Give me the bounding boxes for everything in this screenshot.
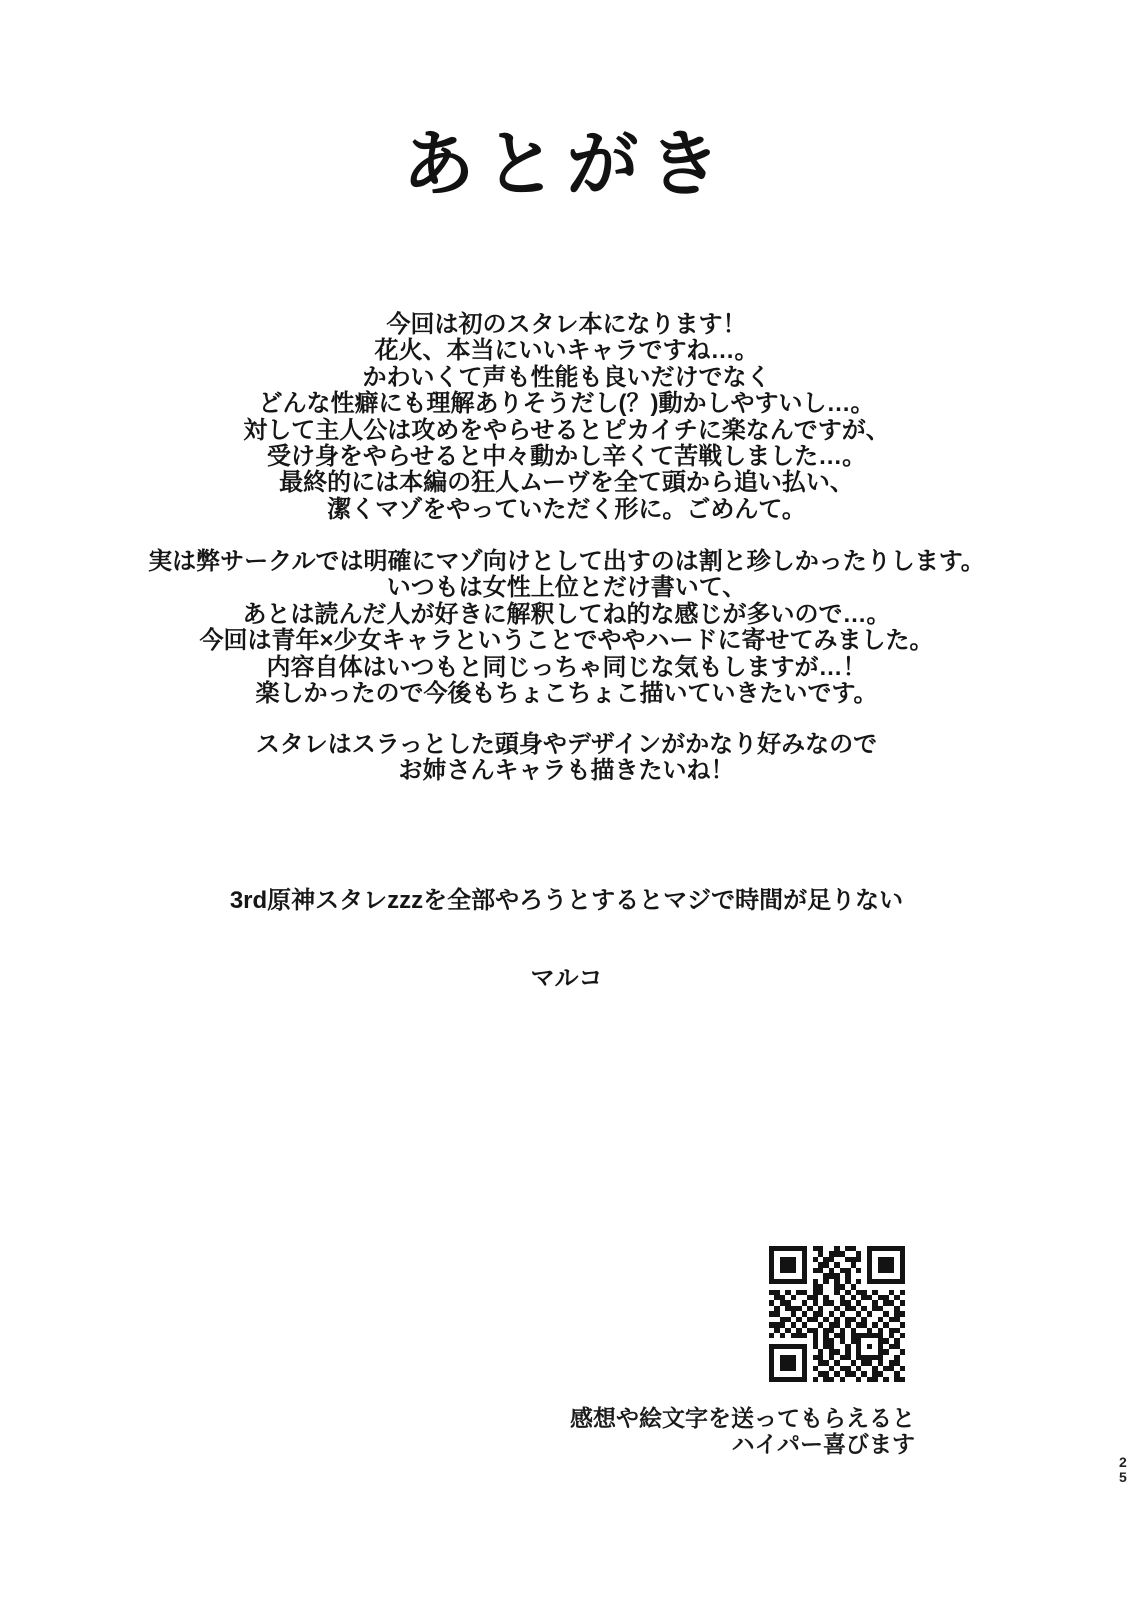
afterword-paragraph-1: 今回は初のスタレ本になります！ 花火、本当にいいキャラですね…。 かわいくて声も… xyxy=(0,312,1133,523)
qr-caption: 感想や絵文字を送ってもらえると ハイパー喜びます xyxy=(570,1405,915,1457)
afterword-paragraph-3: スタレはスラっとした頭身やデザインがかなり好みなので お姉さんキャラも描きたいね… xyxy=(0,732,1133,785)
qr-code xyxy=(769,1246,905,1382)
afterword-page: あとがき 今回は初のスタレ本になります！ 花火、本当にいいキャラですね…。 かわ… xyxy=(0,0,1133,1600)
author-name: マルコ xyxy=(0,966,1133,992)
afterword-paragraph-2: 実は弊サークルでは明確にマゾ向けとして出すのは割と珍しかったりします。 いつもは… xyxy=(0,549,1133,707)
page-number: 25 xyxy=(1119,1455,1130,1484)
note-line: 3rd原神スタレzzzを全部やろうとするとマジで時間が足りない xyxy=(0,888,1133,914)
page-title: あとがき xyxy=(0,126,1133,204)
